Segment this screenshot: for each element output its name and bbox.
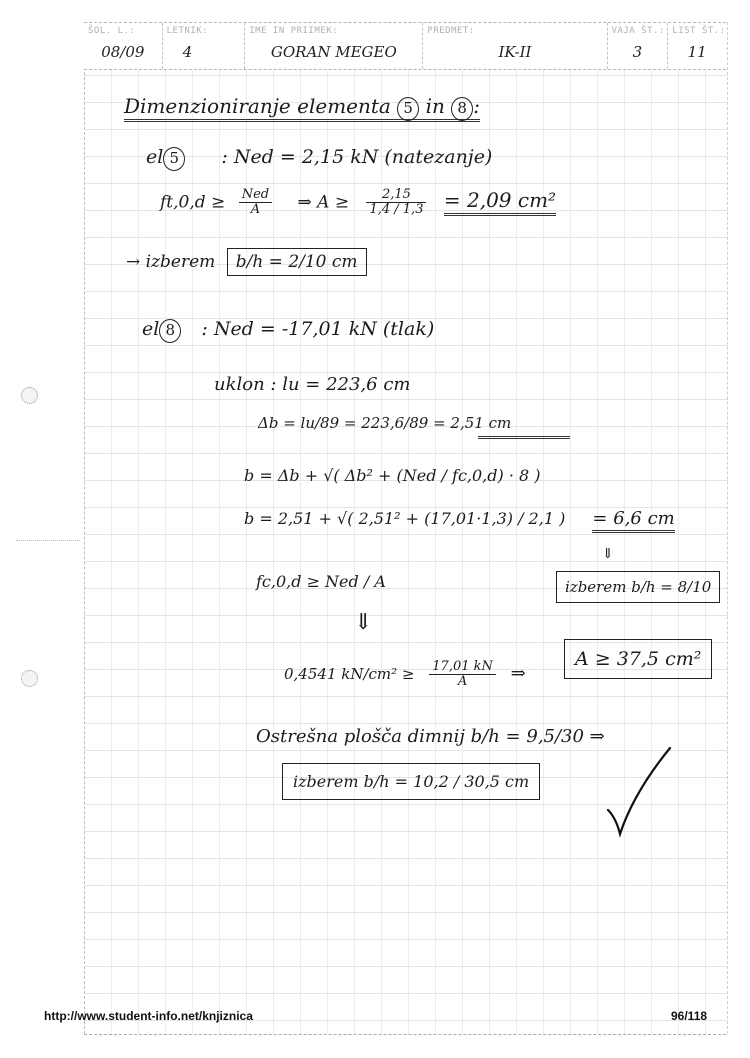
header-cell-exercise: VAJA ŠT.: 3 [608, 23, 669, 69]
el8-ned: : Ned = -17,01 kN (tlak) [201, 318, 434, 340]
el8-inequality: fc,0,d ≥ Ned / A [256, 572, 386, 591]
final-choice-box: izberem b/h = 10,2 / 30,5 cm [282, 763, 540, 800]
el8-substituted: b = 2,51 + √( 2,51² + (17,01·1,3) / 2,1 … [244, 508, 675, 529]
fraction-numerator: 2,15 [366, 188, 426, 203]
el5-choice: → izberem b/h = 2/10 cm [126, 252, 367, 272]
checkmark-icon [604, 742, 674, 842]
el5-choice-prefix: → izberem [126, 252, 215, 272]
el8-delta-b: Δb = lu/89 = 223,6/89 = 2,51 cm [258, 414, 511, 432]
element-number-badge: 5 [163, 147, 185, 171]
page-title: Dimenzioniranje elementa 5 in 8: [124, 94, 480, 121]
fraction-denominator: A [429, 675, 496, 689]
el8-area-box: A ≥ 37,5 cm² [564, 639, 712, 679]
el8-b-result: = 6,6 cm [592, 508, 674, 533]
el5-choice-box: b/h = 2/10 cm [227, 248, 367, 276]
el5-heading: el5 : Ned = 2,15 kN (natezanje) [146, 146, 492, 171]
el5-ineq-lhs: ft,0,d ≥ [160, 192, 225, 212]
footer-url[interactable]: http://www.student-info.net/knjiznica [44, 1009, 253, 1023]
arrow-down-icon: ⇓ [354, 610, 372, 635]
header-cell-name: IME IN PRIIMEK: GORAN MEGEO [245, 23, 423, 69]
el8-implies: ⇒ [511, 663, 526, 684]
fraction-numerator: 17,01 kN [429, 660, 496, 675]
el8-choice: izberem b/h = 8/10 [556, 578, 720, 596]
el8-label: el [142, 318, 159, 340]
el5-result: = 2,09 cm² [444, 188, 556, 216]
title-conjunction: in [426, 94, 445, 118]
header-value: 3 [608, 43, 668, 61]
element-number-badge: 5 [397, 97, 419, 121]
element-number-badge: 8 [451, 97, 473, 121]
header-label: LIST ŠT.: [672, 26, 725, 36]
el5-implies: ⇒ A ≥ [297, 192, 349, 212]
fraction-denominator: A [239, 203, 272, 217]
el8-heading: el8 : Ned = -17,01 kN (tlak) [142, 318, 434, 343]
header-value: IK-II [423, 43, 606, 61]
el8-area: A ≥ 37,5 cm² [564, 648, 712, 670]
header-cell-school-year: ŠOL. L.: 08/09 [84, 23, 163, 69]
title-text: Dimenzioniranje elementa [124, 94, 391, 118]
page-bottom-rule [84, 1034, 726, 1035]
header-label: PREDMET: [427, 26, 474, 36]
el8-formula: b = Δb + √( Δb² + (Ned / fc,0,d) · 8 ) [244, 466, 541, 485]
header-label: LETNIK: [167, 26, 208, 36]
punch-hole-icon [21, 670, 38, 687]
punch-hole-icon [21, 387, 38, 404]
header-cell-sheet: LIST ŠT.: 11 [668, 23, 726, 69]
fraction-denominator: 1,4 / 1,3 [366, 203, 426, 217]
header-label: IME IN PRIIMEK: [249, 26, 338, 36]
header-cell-subject: PREDMET: IK-II [423, 23, 607, 69]
result-underline [478, 436, 570, 439]
header-table: ŠOL. L.: 08/09 LETNIK: 4 IME IN PRIIMEK:… [84, 22, 726, 70]
header-label: VAJA ŠT.: [612, 26, 665, 36]
final-choice: izberem b/h = 10,2 / 30,5 cm [282, 772, 540, 791]
header-value: 08/09 [84, 43, 162, 61]
el8-buckling-length: uklon : lu = 223,6 cm [214, 374, 410, 395]
fraction-numerator: Ned [239, 188, 272, 203]
el8-delta-b-text: Δb = lu/89 = 223,6/89 = 2,51 cm [258, 414, 511, 432]
el8-numeric: 0,4541 kN/cm² ≥ 17,01 kNA ⇒ [284, 660, 526, 690]
header-value: 11 [668, 43, 726, 61]
el5-label: el [146, 146, 163, 168]
el8-choice-box: izberem b/h = 8/10 [556, 571, 720, 603]
fold-mark [16, 540, 80, 541]
el5-inequality: ft,0,d ≥ NedA ⇒ A ≥ 2,151,4 / 1,3 = 2,09… [160, 188, 556, 218]
el8-substituted-text: b = 2,51 + √( 2,51² + (17,01·1,3) / 2,1 … [244, 509, 565, 528]
element-number-badge: 8 [159, 319, 181, 343]
header-cell-year: LETNIK: 4 [163, 23, 246, 69]
el8-numeric-text: 0,4541 kN/cm² ≥ [284, 665, 415, 683]
header-label: ŠOL. L.: [88, 26, 135, 36]
header-value: 4 [183, 43, 245, 61]
page-number: 96/118 [671, 1009, 707, 1023]
el5-ned: : Ned = 2,15 kN (natezanje) [221, 146, 492, 168]
title-colon: : [473, 94, 480, 118]
header-value: GORAN MEGEO [245, 43, 422, 61]
conclusion-text: Ostrešna plošča dimnij b/h = 9,5/30 ⇒ [256, 726, 605, 747]
arrow-down-icon: ⇓ [602, 546, 614, 562]
